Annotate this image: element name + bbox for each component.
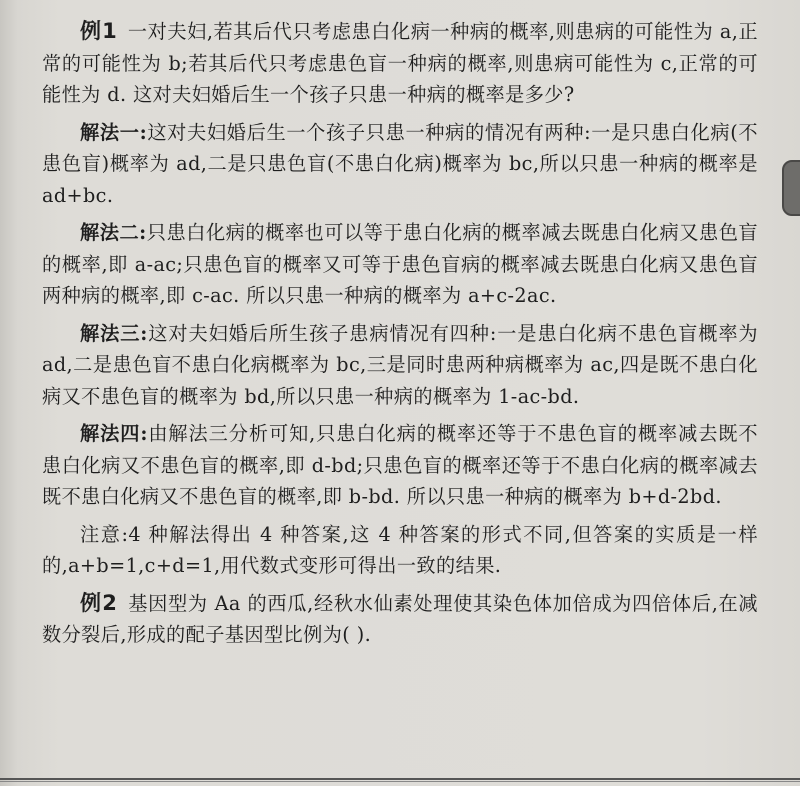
- solution-2-text: 只患白化病的概率也可以等于患白化病的概率减去既患白化病又患色盲的概率,即 a-a…: [42, 221, 758, 307]
- bottom-rule-shadow: [0, 781, 800, 782]
- example-2-question: 基因型为 Aa 的西瓜,经秋水仙素处理使其染色体加倍成为四倍体后,在减数分裂后,…: [42, 592, 758, 647]
- example-2: 例2基因型为 Aa 的西瓜,经秋水仙素处理使其染色体加倍成为四倍体后,在减数分裂…: [42, 588, 758, 651]
- solution-2: 解法二:只患白化病的概率也可以等于患白化病的概率减去既患白化病又患色盲的概率,即…: [42, 217, 758, 312]
- solution-3: 解法三:这对夫妇婚后所生孩子患病情况有四种:一是患白化病不患色盲概率为 ad,二…: [42, 318, 758, 413]
- example-1-label: 例1: [80, 19, 118, 43]
- solution-1: 解法一:这对夫妇婚后生一个孩子只患一种病的情况有两种:一是只患白化病(不患色盲)…: [42, 117, 758, 212]
- solution-1-text: 这对夫妇婚后生一个孩子只患一种病的情况有两种:一是只患白化病(不患色盲)概率为 …: [42, 121, 758, 207]
- example-1-question: 一对夫妇,若其后代只考虑患白化病一种病的概率,则患病的可能性为 a,正常的可能性…: [42, 20, 758, 106]
- solution-2-label: 解法二:: [80, 221, 147, 244]
- scanned-page: 例1一对夫妇,若其后代只考虑患白化病一种病的概率,则患病的可能性为 a,正常的可…: [0, 0, 800, 786]
- solution-1-label: 解法一:: [80, 121, 147, 144]
- page-content: 例1一对夫妇,若其后代只考虑患白化病一种病的概率,则患病的可能性为 a,正常的可…: [42, 16, 758, 651]
- note: 注意:4 种解法得出 4 种答案,这 4 种答案的形式不同,但答案的实质是一样的…: [42, 519, 758, 582]
- solution-4-label: 解法四:: [80, 422, 148, 445]
- solution-3-label: 解法三:: [80, 322, 148, 345]
- solution-4: 解法四:由解法三分析可知,只患白化病的概率还等于不患色盲的概率减去既不患白化病又…: [42, 418, 758, 513]
- note-text: 注意:4 种解法得出 4 种答案,这 4 种答案的形式不同,但答案的实质是一样的…: [42, 523, 758, 578]
- example-1: 例1一对夫妇,若其后代只考虑患白化病一种病的概率,则患病的可能性为 a,正常的可…: [42, 16, 758, 111]
- bottom-rule: [0, 778, 800, 780]
- solution-3-text: 这对夫妇婚后所生孩子患病情况有四种:一是患白化病不患色盲概率为 ad,二是患色盲…: [42, 322, 758, 408]
- page-edge-tab: [782, 160, 800, 216]
- example-2-label: 例2: [80, 591, 118, 615]
- solution-4-text: 由解法三分析可知,只患白化病的概率还等于不患色盲的概率减去既不患白化病又不患色盲…: [42, 422, 758, 508]
